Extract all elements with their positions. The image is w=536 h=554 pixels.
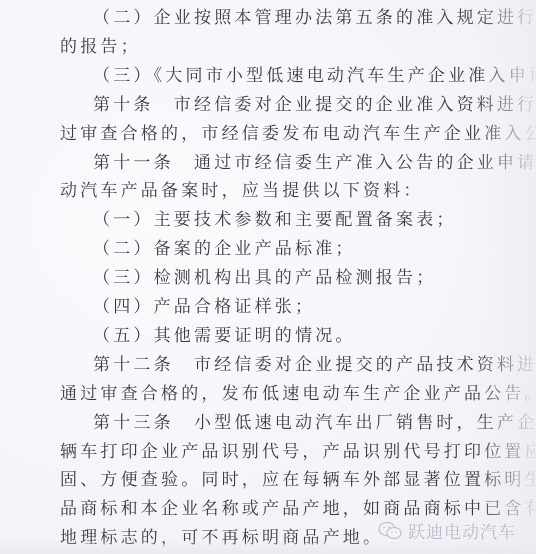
document-line: （五）其他需要证明的情况。: [93, 326, 356, 346]
document-line: 第十三条 小型低速电动汽车出厂销售时，生产企业应为每: [93, 413, 536, 433]
document-line: 过审查合格的，市经信委发布电动汽车生产企业准入公告。: [60, 124, 536, 144]
wechat-icon: [378, 521, 402, 541]
document-line: （二）备案的企业产品标准；: [93, 239, 356, 259]
document-line: 固、方便查验。同时，应在每辆车外部显著位置标明生产企业商: [60, 470, 536, 490]
document-line: 品商标和本企业名称或产品产地，如商品商标中已含有生产企业: [60, 499, 536, 519]
document-line: （一）主要技术参数和主要配置备案表；: [93, 210, 457, 230]
page-edge-shadow: [476, 0, 536, 554]
document-line: （三）检测机构出具的产品检测报告；: [93, 268, 436, 288]
document-line: 第十条 市经信委对企业提交的企业准入资料进行审查，通: [93, 95, 536, 115]
document-line: 辆车打印企业产品识别代号，产品识别代号打印位置应统一、牢: [60, 442, 536, 462]
scanned-document-page: （二）企业按照本管理办法第五条的准入规定进行自我评估的报告；（三）《大同市小型低…: [0, 0, 536, 554]
document-line: 动汽车产品备案时，应当提供以下资料：: [60, 181, 424, 201]
document-line: （二）企业按照本管理办法第五条的准入规定进行自我评估: [93, 8, 536, 28]
document-line: 通过审查合格的，发布低速电动车生产企业产品公告。: [60, 384, 536, 404]
document-line: （四）产品合格证样张；: [93, 297, 315, 317]
document-line: （三）《大同市小型低速电动汽车生产企业准入申请书》。: [93, 66, 536, 86]
document-line: 第十二条 市经信委对企业提交的产品技术资料进行审查，: [93, 355, 536, 375]
document-line: 第十一条 通过市经信委生产准入公告的企业申请低速电: [93, 153, 536, 173]
document-line: 的报告；: [60, 37, 141, 57]
watermark-text: 跃迪电动汽车: [408, 518, 516, 543]
watermark: 跃迪电动汽车: [378, 518, 516, 543]
